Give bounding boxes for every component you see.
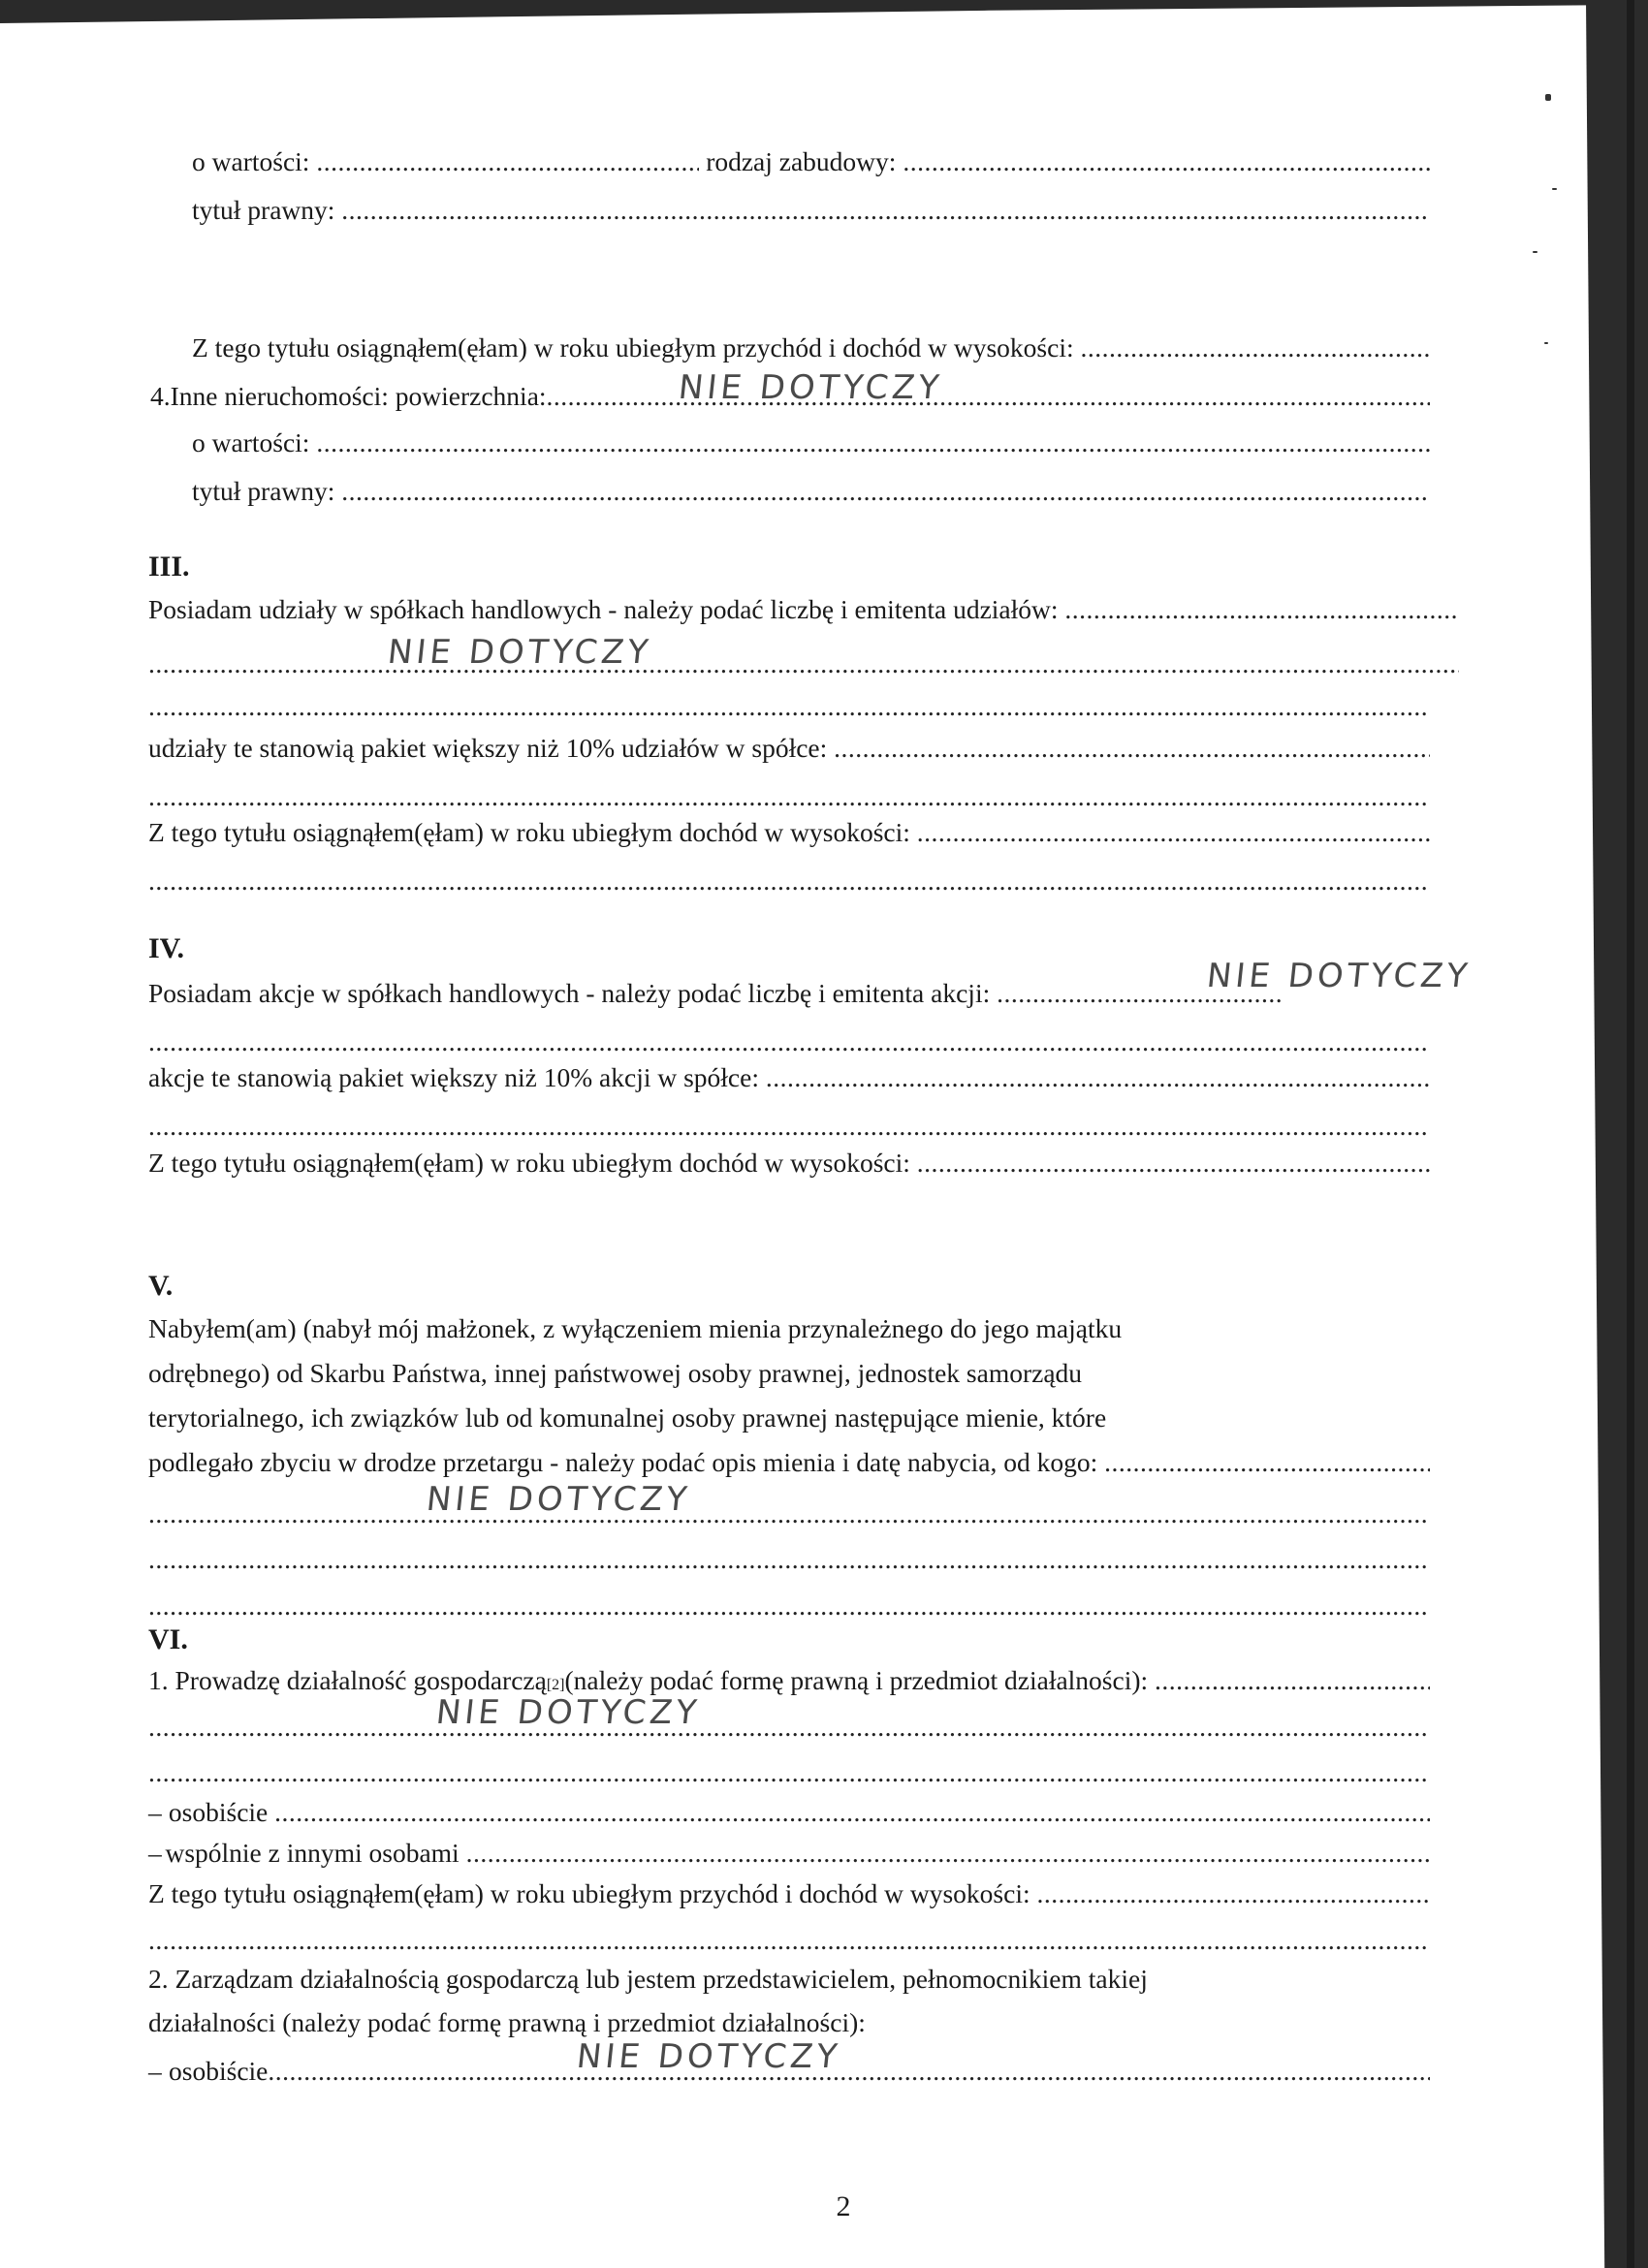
business-hint: (należy podać formę prawną i przedmiot d… (564, 1664, 1148, 1697)
business-continuation-input[interactable] (148, 1711, 1430, 1744)
scan-speck (1545, 94, 1551, 101)
business-row: 1. Prowadzę działalność gospodarczą[2] (… (148, 1664, 1430, 1697)
business-personally-input[interactable] (274, 1796, 1430, 1829)
acquisition-continuation-row-3 (148, 1590, 1430, 1622)
acquisition-continuation-row (148, 1497, 1430, 1530)
shares-label: Posiadam udziały w spółkach handlowych -… (148, 593, 1059, 626)
legal-title-row: tytuł prawny: (192, 194, 1430, 227)
stocks-income-label: Z tego tytułu osiągnąłem(ęłam) w roku ub… (148, 1147, 910, 1180)
scan-speck (1544, 342, 1548, 344)
value-field-row: o wartości: rodzaj zabudowy: (192, 145, 1430, 178)
section-heading-iv: IV. (148, 932, 184, 965)
shares-continuation-input[interactable] (148, 647, 1459, 680)
business-continuation-row-2 (148, 1756, 1430, 1789)
business-income-label: Z tego tytułu osiągnąłem(ęłam) w roku ub… (148, 1877, 1030, 1910)
acquisition-text-row: podlegało zbyciu w drodze przetargu - na… (148, 1446, 1430, 1479)
business-income-input[interactable] (1036, 1877, 1430, 1910)
acquisition-text-line: Nabyłem(am) (nabył mój małżonek, z wyłąc… (148, 1312, 1122, 1345)
list-dash: – (148, 2055, 169, 2088)
business-continuation-row (148, 1711, 1430, 1744)
stocks-over10-label: akcje te stanowią pakiet większy niż 10%… (148, 1061, 759, 1094)
handwritten-not-applicable: NIE DOTYCZY (575, 2040, 842, 2073)
jointly-label: wspólnie z innymi osobami (165, 1837, 459, 1870)
shares-continuation-input-2[interactable] (148, 690, 1428, 723)
handwritten-not-applicable: NIE DOTYCZY (677, 371, 944, 404)
legal-title-input[interactable] (341, 194, 1430, 227)
legal-title-label: tytuł prawny: (192, 475, 334, 508)
acquisition-continuation-row-2 (148, 1543, 1430, 1576)
shares-over10-input[interactable] (834, 732, 1430, 765)
stocks-continuation-input[interactable] (148, 1025, 1430, 1058)
business-label: 1. Prowadzę działalność gospodarczą (148, 1664, 547, 1697)
handwritten-not-applicable: NIE DOTYCZY (386, 636, 653, 669)
section-heading-v: V. (148, 1270, 173, 1303)
personally-label: osobiście (169, 1796, 268, 1829)
scan-speck (1552, 188, 1557, 190)
acquisition-text-line: terytorialnego, ich związków lub od komu… (148, 1402, 1106, 1434)
acquisition-continuation-input[interactable] (148, 1497, 1430, 1530)
section-heading-vi: VI. (148, 1623, 188, 1656)
management-text-line: działalności (należy podać formę prawną … (148, 2006, 866, 2039)
value-label: o wartości: (192, 145, 309, 178)
scan-border-top (0, 0, 1648, 23)
business-jointly-input[interactable] (466, 1837, 1430, 1870)
page-number: 2 (0, 2190, 1648, 2223)
handwritten-not-applicable: NIE DOTYCZY (1205, 960, 1473, 992)
business-jointly-row: – wspólnie z innymi osobami (148, 1837, 1430, 1870)
legal-title-label: tytuł prawny: (192, 194, 334, 227)
section-heading-iii: III. (148, 551, 190, 583)
income-input[interactable] (1080, 331, 1430, 364)
shares-over10-continuation-input[interactable] (148, 780, 1430, 813)
item-number: 4. (150, 380, 171, 413)
scan-speck (1533, 251, 1537, 253)
business-input[interactable] (1155, 1664, 1430, 1697)
shares-over10-row: udziały te stanowią pakiet większy niż 1… (148, 732, 1430, 765)
shares-over10-continuation-row (148, 780, 1430, 813)
acquisition-input[interactable] (1104, 1446, 1430, 1479)
shares-income-label: Z tego tytułu osiągnąłem(ęłam) w roku ub… (148, 816, 910, 849)
shares-over10-label: udziały te stanowią pakiet większy niż 1… (148, 732, 827, 765)
stocks-over10-continuation-input[interactable] (148, 1110, 1430, 1143)
handwritten-not-applicable: NIE DOTYCZY (425, 1483, 692, 1516)
business-continuation-input-2[interactable] (148, 1756, 1430, 1789)
building-type-input[interactable] (903, 145, 1430, 178)
stocks-over10-row: akcje te stanowią pakiet większy niż 10%… (148, 1061, 1430, 1094)
shares-income-continuation-input[interactable] (148, 865, 1430, 898)
handwritten-not-applicable: NIE DOTYCZY (434, 1696, 702, 1729)
income-row: Z tego tytułu osiągnąłem(ęłam) w roku ub… (192, 331, 1430, 364)
business-income-row: Z tego tytułu osiągnąłem(ęłam) w roku ub… (148, 1877, 1430, 1910)
item4-value-row: o wartości: (192, 426, 1430, 459)
list-dash: – (148, 1837, 165, 1870)
scan-border-right (1586, 0, 1648, 2268)
shares-input[interactable] (1064, 593, 1459, 626)
stocks-over10-continuation-row (148, 1110, 1430, 1143)
management-personally-input[interactable] (268, 2055, 1430, 2088)
stocks-income-input[interactable] (917, 1147, 1430, 1180)
list-dash: – (148, 1796, 169, 1829)
item4-value-input[interactable] (316, 426, 1430, 459)
business-income-continuation-input[interactable] (148, 1924, 1430, 1957)
acquisition-continuation-input-3[interactable] (148, 1590, 1430, 1622)
stocks-label: Posiadam akcje w spółkach handlowych - n… (148, 977, 990, 1010)
acquisition-continuation-input-2[interactable] (148, 1543, 1430, 1576)
shares-income-continuation-row (148, 865, 1430, 898)
income-label: Z tego tytułu osiągnąłem(ęłam) w roku ub… (192, 331, 1074, 364)
acquisition-text-line: odrębnego) od Skarbu Państwa, innej pańs… (148, 1357, 1082, 1390)
business-income-continuation-row (148, 1924, 1430, 1957)
stocks-row: Posiadam akcje w spółkach handlowych - n… (148, 977, 1283, 1010)
shares-income-row: Z tego tytułu osiągnąłem(ęłam) w roku ub… (148, 816, 1430, 849)
business-personally-row: – osobiście (148, 1796, 1430, 1829)
shares-row: Posiadam udziały w spółkach handlowych -… (148, 593, 1459, 626)
other-property-label: Inne nieruchomości: powierzchnia: (171, 380, 547, 413)
shares-continuation-row (148, 647, 1459, 680)
item4-legal-title-row: tytuł prawny: (192, 475, 1430, 508)
stocks-over10-input[interactable] (766, 1061, 1430, 1094)
shares-continuation-row-2 (148, 690, 1428, 723)
stocks-income-row: Z tego tytułu osiągnąłem(ęłam) w roku ub… (148, 1147, 1430, 1180)
stocks-continuation-row (148, 1025, 1430, 1058)
item4-legal-title-input[interactable] (341, 475, 1430, 508)
value-input[interactable] (316, 145, 699, 178)
value-label: o wartości: (192, 426, 309, 459)
shares-income-input[interactable] (917, 816, 1430, 849)
acquisition-text-line: podlegało zbyciu w drodze przetargu - na… (148, 1446, 1097, 1479)
personally-label: osobiście (169, 2055, 268, 2088)
management-text-line: 2. Zarządzam działalnością gospodarczą l… (148, 1963, 1148, 1996)
building-type-label: rodzaj zabudowy: (706, 145, 896, 178)
